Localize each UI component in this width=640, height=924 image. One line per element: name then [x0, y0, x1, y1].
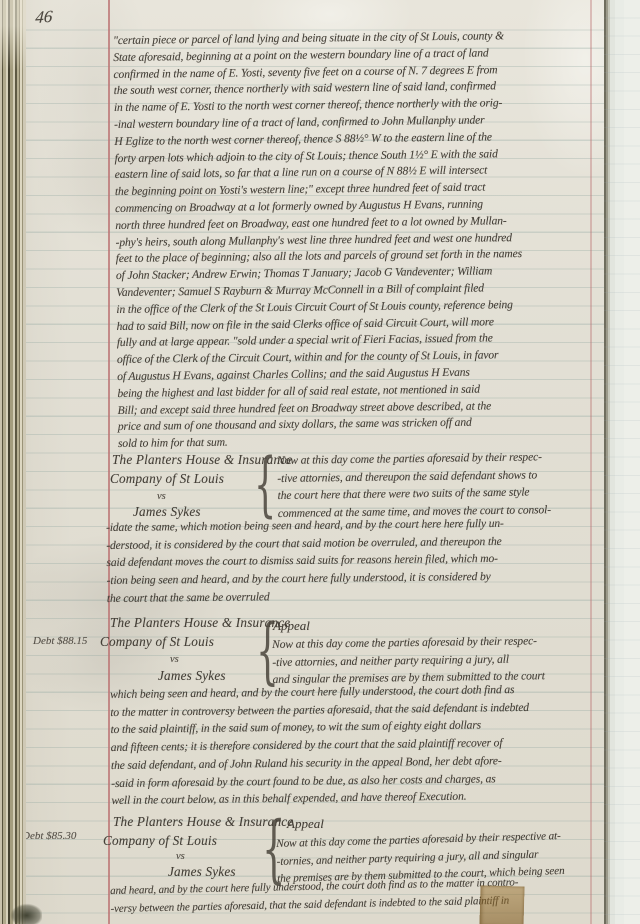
tape-repair-patch	[479, 885, 524, 924]
page-number: 46	[35, 7, 54, 28]
deed-paragraph: "certain piece or parcel of land lying a…	[113, 28, 524, 453]
ledger-scan: 46 "certain piece or parcel of land lyin…	[0, 0, 640, 924]
margin-debt-note: Debt $85.30	[22, 830, 76, 842]
book-binding-edge	[0, 0, 26, 924]
versus-label: vs	[176, 851, 185, 862]
versus-label: vs	[170, 654, 179, 665]
brace-icon: {	[254, 449, 276, 519]
margin-debt-note: Debt $88.15	[33, 635, 87, 647]
case-title-line: Company of St Louis	[110, 471, 224, 487]
case-title-line: Company of St Louis	[103, 833, 217, 849]
case-title-line: Company of St Louis	[100, 634, 214, 650]
case-body-text: and heard, and by the court here fully u…	[110, 874, 519, 918]
case-opening-text: Now at this day come the parties aforesa…	[277, 448, 551, 522]
handwritten-content: 46 "certain piece or parcel of land lyin…	[0, 0, 640, 924]
facing-page-edge	[604, 0, 640, 924]
case-body-text: which being seen and heard, and by the c…	[110, 681, 530, 810]
defendant-name: James Sykes	[168, 864, 236, 880]
case-body-text: -idate the same, which motion being seen…	[106, 515, 505, 608]
versus-label: vs	[157, 491, 166, 502]
case-opening-text: Now at this day come the parties aforesa…	[272, 632, 545, 688]
appeal-label: Appeal	[287, 816, 324, 832]
defendant-name: James Sykes	[158, 668, 226, 684]
